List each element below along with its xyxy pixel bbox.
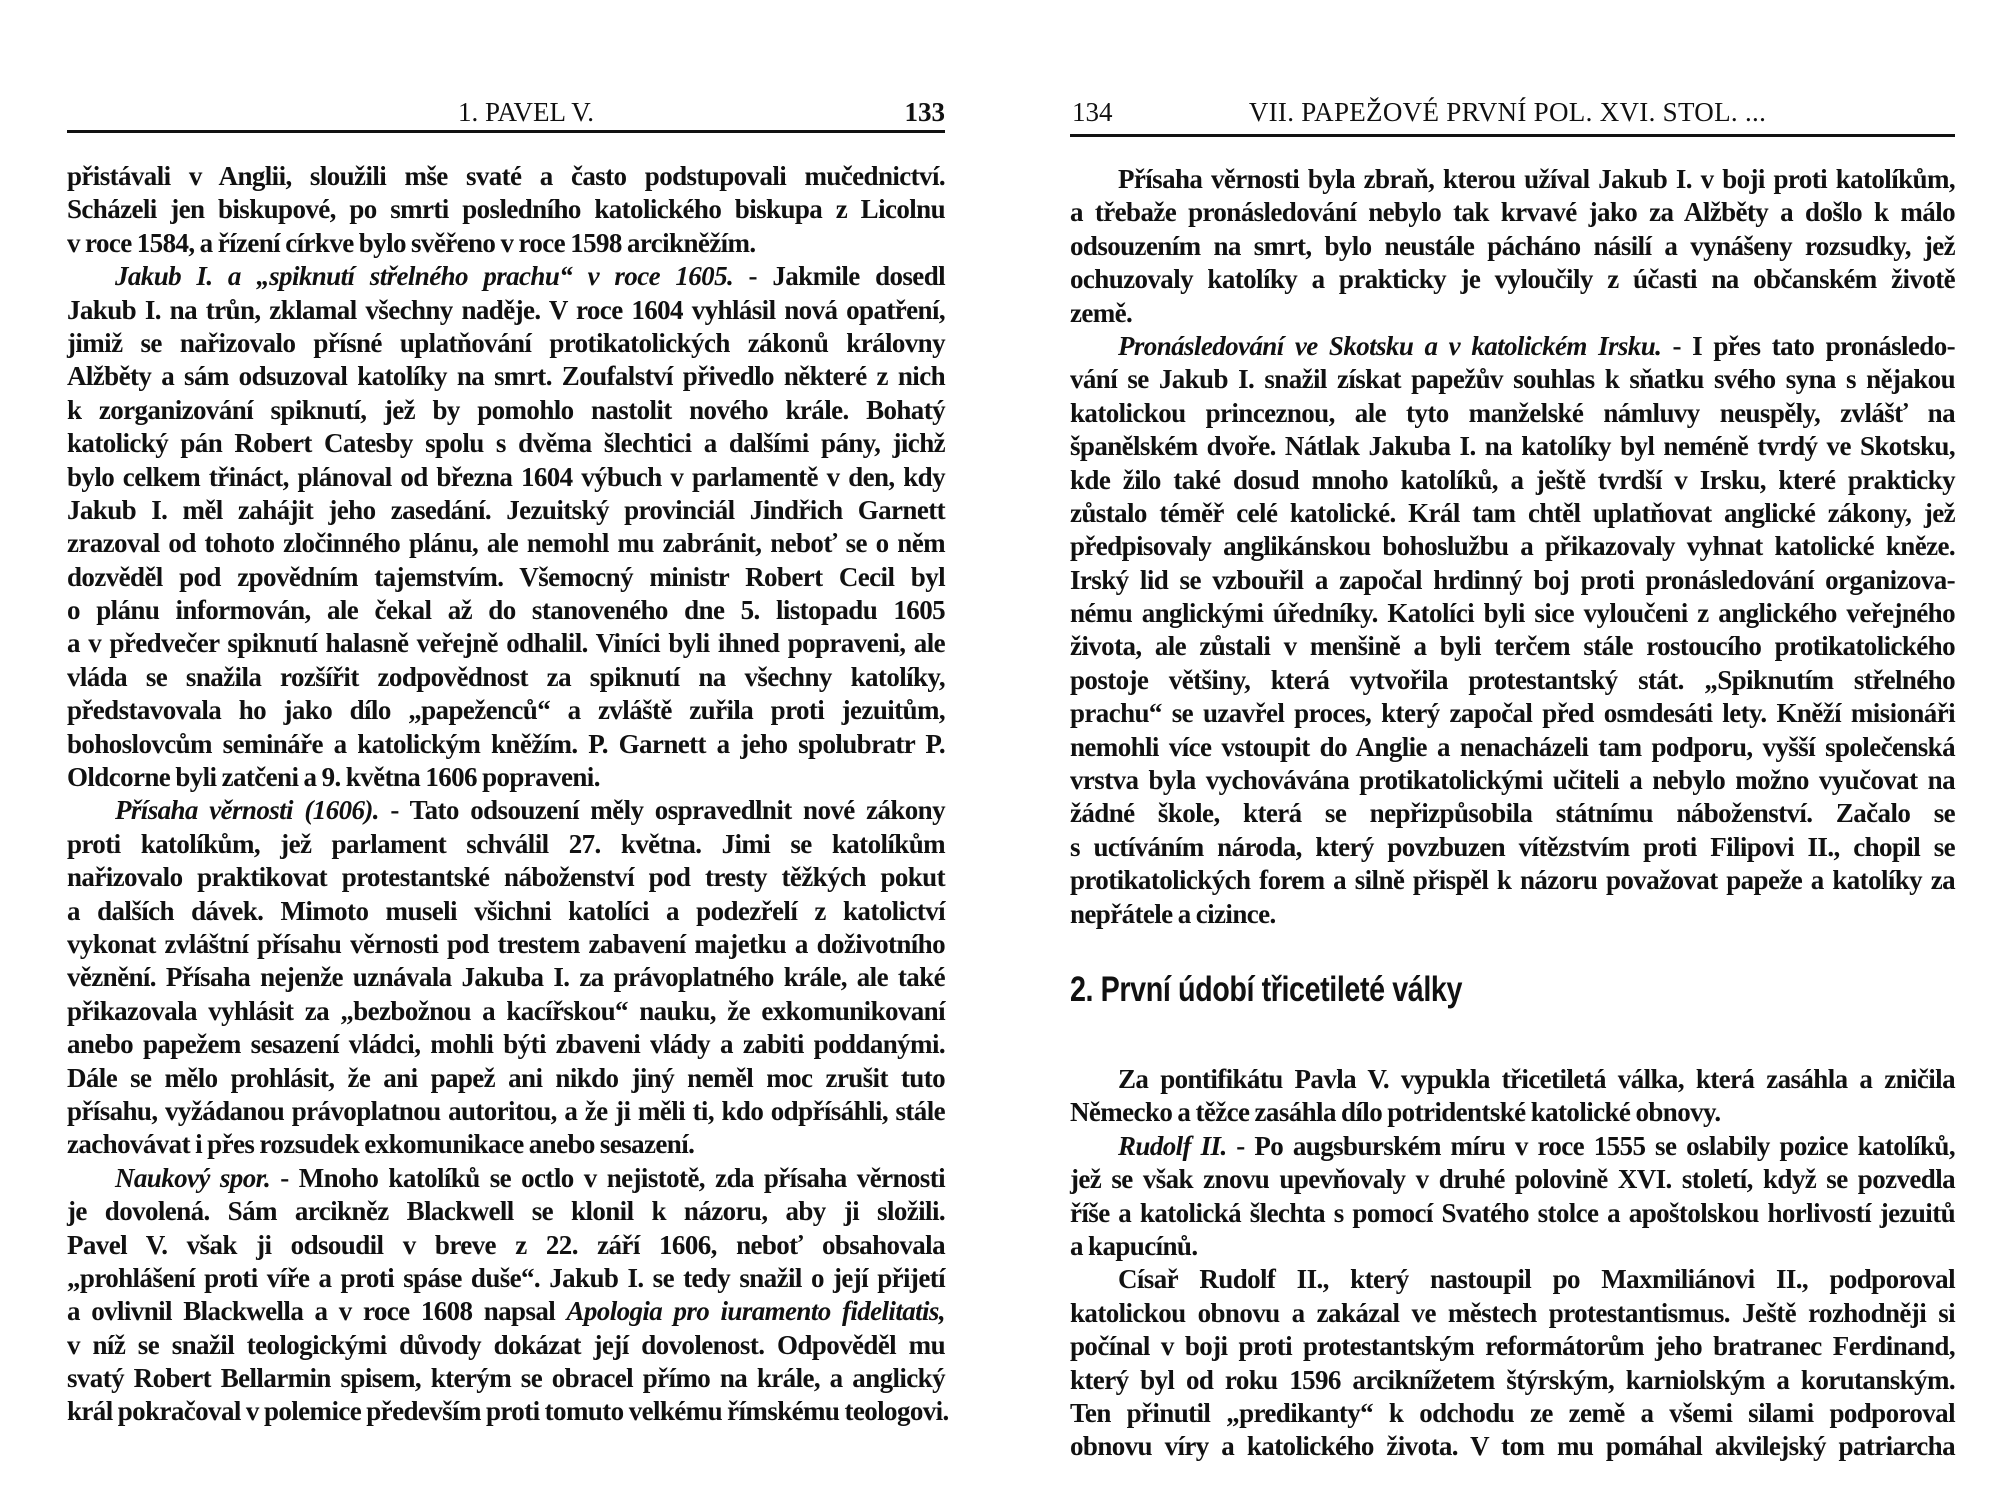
- line-text: a v předvečer spiknutí halasně veřejně o…: [67, 628, 945, 658]
- text-line: protikatolických forem a silně přispěl k…: [1070, 864, 1955, 897]
- run-in-heading: Naukový spor.: [115, 1163, 270, 1193]
- line-text: - Mnoho katolíků se octlo v nejistotě, z…: [270, 1163, 945, 1193]
- line-text: nému anglickými úředníky. Katolíci byli …: [1070, 598, 1955, 628]
- text-line: života, ale zůstali v menšině a byli ter…: [1070, 630, 1955, 663]
- line-text: „prohlášení proti víře a proti spáse duš…: [67, 1263, 945, 1293]
- line-text: jimiž se nařizovalo přísné uplatňování p…: [67, 328, 945, 358]
- text-line: vání se Jakub I. snažil získat papežův s…: [1070, 363, 1955, 396]
- line-text: země.: [1070, 298, 1132, 328]
- text-line: zrazoval od tohoto zločinného plánu, ale…: [67, 527, 945, 560]
- text-line: ochuzovaly katolíky a prakticky je vylou…: [1070, 263, 1955, 296]
- text-line: jež se však znovu upevňovaly v druhé pol…: [1070, 1163, 1955, 1196]
- running-head: 134 VII. PAPEŽOVÉ PRVNÍ POL. XVI. STOL. …: [1070, 95, 1955, 129]
- line-text: Alžběty a sám odsuzoval katolíky na smrt…: [67, 361, 945, 391]
- line-text: přísahu, vyžádanou právoplatnou autorito…: [67, 1096, 945, 1126]
- line-text: španělském dvoře. Nátlak Jakuba I. na ka…: [1070, 431, 1955, 461]
- text-line: Ten přinutil „predikanty“ k odchodu ze z…: [1070, 1397, 1955, 1430]
- line-text: Pavel V. však ji odsoudil v breve z 22. …: [67, 1230, 945, 1260]
- page-body: Přísaha věrnosti byla zbraň, kterou užív…: [1070, 163, 1955, 931]
- text-line: vrstva byla vychovávána protikatolickými…: [1070, 764, 1955, 797]
- run-in-heading: Přísaha věrnosti (1606).: [115, 795, 379, 825]
- line-text: anebo papežem sesazení vládci, mohli být…: [67, 1029, 945, 1059]
- text-line: Jakub I. na trůn, zklamal všechny naděje…: [67, 294, 945, 327]
- line-text: s uctíváním národa, který povzbuzen vítě…: [1070, 832, 1955, 862]
- text-line: přísahu, vyžádanou právoplatnou autorito…: [67, 1095, 945, 1128]
- line-text: kde žilo také dosud mnoho katolíků, a je…: [1070, 465, 1955, 495]
- line-text: v níž se snažil teologickými důvody doká…: [67, 1330, 945, 1360]
- line-text: obnovu víry a katolického života. V tom …: [1070, 1431, 1955, 1461]
- page-number: 133: [905, 95, 946, 129]
- text-line: o plánu informován, ale čekal až do stan…: [67, 594, 945, 627]
- line-text: Jakub I. měl zahájit jeho zasedání. Jezu…: [67, 495, 945, 525]
- line-text: o plánu informován, ale čekal až do stan…: [67, 595, 945, 625]
- text-line: bohoslovcům semináře a katolickým kněžím…: [67, 728, 945, 761]
- text-line: který byl od roku 1596 arciknížetem štýr…: [1070, 1364, 1955, 1397]
- text-line: Pavel V. však ji odsoudil v breve z 22. …: [67, 1229, 945, 1262]
- text-line: země.: [1070, 297, 1955, 330]
- section-heading-wrap: 2. První údobí třicetileté války: [1070, 970, 1955, 1010]
- line-text: bohoslovcům semináře a katolickým kněžím…: [67, 729, 945, 759]
- line-text: proti katolíkům, jež parlament schválil …: [67, 829, 945, 859]
- text-line: odsouzením na smrt, bylo neustále páchán…: [1070, 230, 1955, 263]
- line-text: a třebaže pronásledování nebylo tak krva…: [1070, 197, 1955, 227]
- line-text: v roce 1584, a řízení církve bylo svěřen…: [67, 228, 756, 258]
- line-text: prachu“ se uzavřel proces, který započal…: [1070, 698, 1955, 728]
- line-text: nepřátele a cizince.: [1070, 899, 1276, 929]
- chapter-running-title: 1. PAVEL V.: [67, 95, 945, 129]
- line-text: vláda se snažila rozšířit zodpovědnost z…: [67, 662, 945, 692]
- page-body: Za pontifikátu Pavla V. vypukla třicetil…: [1070, 1063, 1955, 1464]
- chapter-running-title: VII. PAPEŽOVÉ PRVNÍ POL. XVI. STOL. ...: [1150, 95, 1955, 129]
- line-text: Dále se mělo prohlásit, že ani papež ani…: [67, 1063, 945, 1093]
- text-line: katolickou obnovu a zakázal ve městech p…: [1070, 1297, 1955, 1330]
- line-text: vrstva byla vychovávána protikatolickými…: [1070, 765, 1955, 795]
- text-line: vláda se snažila rozšířit zodpovědnost z…: [67, 661, 945, 694]
- line-text: Přísaha věrnosti byla zbraň, kterou užív…: [1118, 164, 1955, 194]
- text-line: Rudolf II. - Po augsburském míru v roce …: [1070, 1130, 1955, 1163]
- text-line: Přísaha věrnosti byla zbraň, kterou užív…: [1070, 163, 1955, 196]
- text-line: v roce 1584, a řízení církve bylo svěřen…: [67, 227, 945, 260]
- line-text: odsouzením na smrt, bylo neustále páchán…: [1070, 231, 1955, 261]
- line-text: a ovlivnil Blackwella a v roce 1608 naps…: [67, 1296, 566, 1326]
- line-text: zůstalo téměř celé katolické. Král tam c…: [1070, 498, 1955, 528]
- line-text: a kapucínů.: [1070, 1231, 1197, 1261]
- text-line: věznění. Přísaha nejenže uznávala Jakuba…: [67, 961, 945, 994]
- text-line: postoje většiny, která vytvořila protest…: [1070, 664, 1955, 697]
- text-line: „prohlášení proti víře a proti spáse duš…: [67, 1262, 945, 1295]
- header-rule: [1070, 134, 1955, 137]
- text-line: katolickou princeznou, ale tyto manželsk…: [1070, 397, 1955, 430]
- text-line: Za pontifikátu Pavla V. vypukla třicetil…: [1070, 1063, 1955, 1096]
- header-rule: [67, 130, 945, 133]
- text-line: a dalších dávek. Mimoto museli všichni k…: [67, 895, 945, 928]
- text-line: Jakub I. a „spiknutí střelného prachu“ v…: [67, 260, 945, 293]
- run-in-heading: Rudolf II.: [1118, 1131, 1227, 1161]
- line-text: katolickou obnovu a zakázal ve městech p…: [1070, 1298, 1955, 1328]
- line-text: nemohli více vstoupit do Anglie a nenach…: [1070, 732, 1955, 762]
- text-line: kde žilo také dosud mnoho katolíků, a je…: [1070, 464, 1955, 497]
- line-text: říše a katolická šlechta s pomocí Svatéh…: [1070, 1198, 1955, 1228]
- text-line: Přísaha věrnosti (1606). - Tato odsouzen…: [67, 794, 945, 827]
- text-line: nemohli více vstoupit do Anglie a nenach…: [1070, 731, 1955, 764]
- line-text: postoje většiny, která vytvořila protest…: [1070, 665, 1955, 695]
- text-line: Scházeli jen biskupové, po smrti posledn…: [67, 193, 945, 226]
- text-line: a třebaže pronásledování nebylo tak krva…: [1070, 196, 1955, 229]
- line-text: přikazovala vyhlásit za „bezbožnou a kac…: [67, 996, 945, 1026]
- line-text: života, ale zůstali v menšině a byli ter…: [1070, 631, 1955, 661]
- line-text: ochuzovaly katolíky a prakticky je vylou…: [1070, 264, 1955, 294]
- line-text: Scházeli jen biskupové, po smrti posledn…: [67, 194, 945, 224]
- line-text: katolický pán Robert Catesby spolu s dvě…: [67, 428, 945, 458]
- line-text: dozvěděl pod zpovědním tajemstvím. Všemo…: [67, 562, 945, 592]
- text-line: katolický pán Robert Catesby spolu s dvě…: [67, 427, 945, 460]
- text-line: svatý Robert Bellarmin spisem, kterým se…: [67, 1362, 945, 1395]
- run-in-heading: Pronásledování ve Skotsku a v katolickém…: [1118, 331, 1661, 361]
- run-in-heading: Jakub I. a „spiknutí střelného prachu“ v…: [115, 261, 733, 291]
- text-line: Císař Rudolf II., který nastoupil po Max…: [1070, 1263, 1955, 1296]
- text-line: je dovolená. Sám arcikněz Blackwell se k…: [67, 1195, 945, 1228]
- line-text: král pokračoval v polemice především pro…: [67, 1396, 949, 1426]
- line-text: přistávali v Anglii, sloužili mše svaté …: [67, 161, 945, 191]
- line-text: žádné škole, která se nepřizpůsobila stá…: [1070, 798, 1955, 828]
- text-line: zůstalo téměř celé katolické. Král tam c…: [1070, 497, 1955, 530]
- page-body: přistávali v Anglii, sloužili mše svaté …: [67, 160, 945, 1429]
- text-line: a v předvečer spiknutí halasně veřejně o…: [67, 627, 945, 660]
- line-text: Ten přinutil „predikanty“ k odchodu ze z…: [1070, 1398, 1955, 1428]
- line-text: zrazoval od tohoto zločinného plánu, ale…: [67, 528, 945, 558]
- text-line: Dále se mělo prohlásit, že ani papež ani…: [67, 1062, 945, 1095]
- line-text: zachovávat i přes rozsudek exkomunikace …: [67, 1129, 694, 1159]
- line-text: jež se však znovu upevňovaly v druhé pol…: [1070, 1164, 1955, 1194]
- text-line: nařizovalo praktikovat protestantské náb…: [67, 861, 945, 894]
- text-line: představovala ho jako dílo „papeženců“ a…: [67, 694, 945, 727]
- text-line: Naukový spor. - Mnoho katolíků se octlo …: [67, 1162, 945, 1195]
- text-line: v níž se snažil teologickými důvody doká…: [67, 1329, 945, 1362]
- text-line: bylo celkem třináct, plánoval od března …: [67, 461, 945, 494]
- line-text: a dalších dávek. Mimoto museli všichni k…: [67, 896, 945, 926]
- line-text: vání se Jakub I. snažil získat papežův s…: [1070, 364, 1955, 394]
- running-head: 1. PAVEL V. 133: [67, 95, 945, 129]
- text-line: král pokračoval v polemice především pro…: [67, 1395, 945, 1428]
- text-line: a kapucínů.: [1070, 1230, 1955, 1263]
- line-text: protikatolických forem a silně přispěl k…: [1070, 865, 1955, 895]
- line-text: Německo a těžce zasáhla dílo potridentsk…: [1070, 1097, 1721, 1127]
- text-line: Jakub I. měl zahájit jeho zasedání. Jezu…: [67, 494, 945, 527]
- text-line: přikazovala vyhlásit za „bezbožnou a kac…: [67, 995, 945, 1028]
- text-line: vykonat zvláštní přísahu věrnosti pod tr…: [67, 928, 945, 961]
- text-line: Irský lid se vzbouřil a započal hrdinný …: [1070, 564, 1955, 597]
- text-line: nepřátele a cizince.: [1070, 898, 1955, 931]
- text-line: Německo a těžce zasáhla dílo potridentsk…: [1070, 1096, 1955, 1129]
- text-line: dozvěděl pod zpovědním tajemstvím. Všemo…: [67, 561, 945, 594]
- text-line: říše a katolická šlechta s pomocí Svatéh…: [1070, 1197, 1955, 1230]
- text-line: anebo papežem sesazení vládci, mohli být…: [67, 1028, 945, 1061]
- text-line: Oldcorne byli zatčeni a 9. května 1606 p…: [67, 761, 945, 794]
- line-text: který byl od roku 1596 arciknížetem štýr…: [1070, 1365, 1955, 1395]
- text-line: Pronásledování ve Skotsku a v katolickém…: [1070, 330, 1955, 363]
- line-text: představovala ho jako dílo „papeženců“ a…: [67, 695, 945, 725]
- section-heading: 2. První údobí třicetileté války: [1070, 970, 1796, 1010]
- line-text: počínal v boji proti protestantským refo…: [1070, 1331, 1955, 1361]
- text-line: k zorganizování spiknutí, jež by pomohlo…: [67, 394, 945, 427]
- text-line: prachu“ se uzavřel proces, který započal…: [1070, 697, 1955, 730]
- text-line: Alžběty a sám odsuzoval katolíky na smrt…: [67, 360, 945, 393]
- text-line: přistávali v Anglii, sloužili mše svaté …: [67, 160, 945, 193]
- line-text: bylo celkem třináct, plánoval od března …: [67, 462, 945, 492]
- text-line: proti katolíkům, jež parlament schválil …: [67, 828, 945, 861]
- text-line: žádné škole, která se nepřizpůsobila stá…: [1070, 797, 1955, 830]
- line-text: katolickou princeznou, ale tyto manželsk…: [1070, 398, 1955, 428]
- text-line: nému anglickými úředníky. Katolíci byli …: [1070, 597, 1955, 630]
- text-line: obnovu víry a katolického života. V tom …: [1070, 1430, 1955, 1463]
- text-line: předpisovaly anglikánskou bohoslužbu a p…: [1070, 530, 1955, 563]
- line-text: Irský lid se vzbouřil a započal hrdinný …: [1070, 565, 1955, 595]
- line-text: k zorganizování spiknutí, jež by pomohlo…: [67, 395, 945, 425]
- line-text: - Po augsburském míru v roce 1555 se osl…: [1227, 1131, 1955, 1161]
- text-line: s uctíváním národa, který povzbuzen vítě…: [1070, 831, 1955, 864]
- line-text: nařizovalo praktikovat protestantské náb…: [67, 862, 945, 892]
- text-line: a ovlivnil Blackwella a v roce 1608 naps…: [67, 1295, 945, 1328]
- line-text: svatý Robert Bellarmin spisem, kterým se…: [67, 1363, 945, 1393]
- page-number: 134: [1072, 95, 1113, 129]
- line-text: Císař Rudolf II., který nastoupil po Max…: [1118, 1264, 1955, 1294]
- line-text: - Tato odsouzení měly ospravedlnit nové …: [379, 795, 945, 825]
- line-text: - Jakmile dosedl: [733, 261, 945, 291]
- line-text: předpisovaly anglikánskou bohoslužbu a p…: [1070, 531, 1955, 561]
- line-text: - I přes tato pronásledo-: [1661, 331, 1955, 361]
- line-text: Jakub I. na trůn, zklamal všechny naděje…: [67, 295, 945, 325]
- line-text: Za pontifikátu Pavla V. vypukla třicetil…: [1118, 1064, 1955, 1094]
- text-line: počínal v boji proti protestantským refo…: [1070, 1330, 1955, 1363]
- line-text: Oldcorne byli zatčeni a 9. května 1606 p…: [67, 762, 600, 792]
- line-text: je dovolená. Sám arcikněz Blackwell se k…: [67, 1196, 945, 1226]
- text-line: jimiž se nařizovalo přísné uplatňování p…: [67, 327, 945, 360]
- book-title: Apologia pro iuramento fidelitatis,: [566, 1296, 945, 1326]
- line-text: věznění. Přísaha nejenže uznávala Jakuba…: [67, 962, 945, 992]
- line-text: vykonat zvláštní přísahu věrnosti pod tr…: [67, 929, 945, 959]
- text-line: španělském dvoře. Nátlak Jakuba I. na ka…: [1070, 430, 1955, 463]
- text-line: zachovávat i přes rozsudek exkomunikace …: [67, 1128, 945, 1161]
